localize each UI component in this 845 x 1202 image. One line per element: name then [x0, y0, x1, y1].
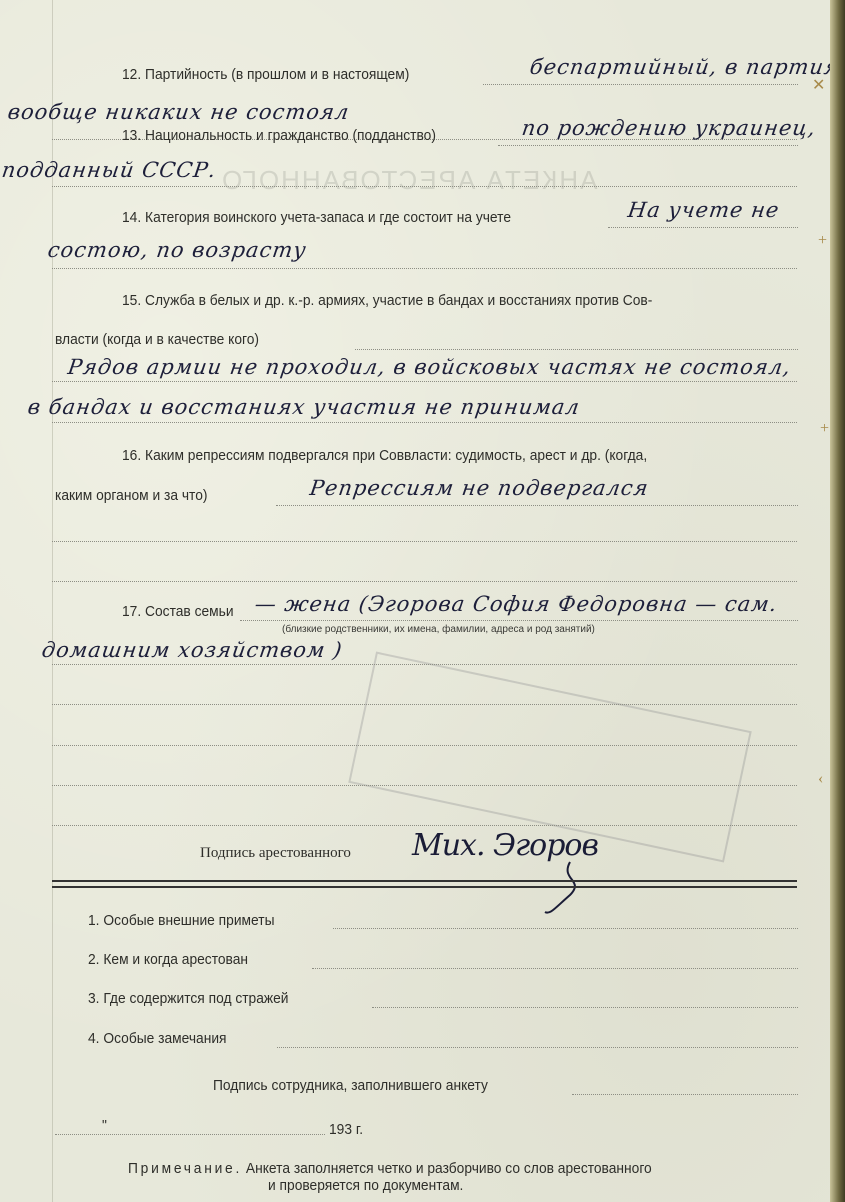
field-13-answer-1: по рождению украинец,	[520, 116, 817, 140]
field-12-label: 12. Партийность (в прошлом и в настоящем…	[122, 66, 409, 83]
margin-mark-icon: ‹	[818, 770, 823, 788]
field-15-line-2	[52, 381, 797, 382]
field-15-line	[355, 349, 798, 350]
field-17-line-6	[52, 825, 797, 826]
field-12-line	[483, 84, 798, 85]
section-divider-top	[52, 880, 797, 882]
field-17-answer-2: домашним хозяйством )	[40, 638, 344, 662]
margin-mark-icon: +	[820, 420, 829, 438]
field-12-answer-1: беспартийный, в партиях	[528, 55, 830, 79]
field-17-answer-1: — жена (Эгорова София Федоровна — сам.	[253, 592, 779, 616]
field-16-label: 16. Каким репрессиям подвергался при Сов…	[122, 447, 647, 464]
field-16-label-cont: каким органом и за что)	[55, 487, 207, 504]
date-quote-mark: "	[102, 1117, 107, 1134]
official-field-3-label: 3. Где содержится под стражей	[88, 990, 289, 1007]
official-field-1-label: 1. Особые внешние приметы	[88, 912, 274, 929]
field-14-line	[608, 227, 798, 228]
field-14-answer-2: состою, по возрасту	[46, 238, 308, 262]
arrested-signature: Мих. Эгоров	[412, 828, 598, 863]
official-field-4-label: 4. Особые замечания	[88, 1030, 227, 1047]
field-17-line-3	[52, 704, 797, 705]
field-14-answer-1: На учете не	[626, 198, 781, 222]
field-17-line	[240, 620, 798, 621]
field-14-line-2	[52, 268, 797, 269]
date-line	[55, 1134, 325, 1135]
field-17-line-5	[52, 785, 797, 786]
field-13-line-2	[52, 186, 797, 187]
official-field-4-line	[277, 1047, 798, 1048]
employee-signature-label: Подпись сотрудника, заполнившего анкету	[213, 1077, 488, 1094]
show-through-title: АНКЕТА АРЕСТОВАННОГО	[220, 165, 598, 196]
field-15-answer-1: Рядов армии не проходил, в войсковых час…	[66, 355, 792, 379]
employee-signature-line	[572, 1094, 798, 1095]
official-field-1-line	[333, 928, 798, 929]
field-16-line-2	[52, 541, 797, 542]
footnote-label: Примечание.	[128, 1160, 242, 1177]
footnote-line-2: и проверяется по документам.	[268, 1177, 463, 1194]
section-divider-bottom	[52, 886, 797, 888]
date-year-suffix: 193 г.	[329, 1121, 363, 1138]
field-17-line-4	[52, 745, 797, 746]
field-12-answer-2: вообще никаких не состоял	[6, 100, 351, 124]
arrested-signature-label: Подпись арестованного	[200, 845, 351, 862]
field-15-line-3	[52, 422, 797, 423]
official-field-2-label: 2. Кем и когда арестован	[88, 951, 248, 968]
footnote-text-1: Анкета заполняется четко и разборчиво со…	[246, 1160, 652, 1177]
field-13-answer-2: подданный СССР.	[0, 158, 218, 182]
field-17-label: 17. Состав семьи	[122, 603, 234, 620]
field-13-label: 13. Национальность и гражданство (поддан…	[122, 127, 436, 144]
field-14-label: 14. Категория воинского учета-запаса и г…	[122, 209, 511, 226]
field-15-answer-2: в бандах и восстаниях участия не принима…	[26, 395, 581, 419]
field-16-line	[276, 505, 798, 506]
official-field-2-line	[312, 968, 798, 969]
document-page: АНКЕТА АРЕСТОВАННОГО 12. Партийность (в …	[0, 0, 830, 1202]
footnote-line-1: Примечание. Анкета заполняется четко и р…	[128, 1160, 652, 1177]
field-17-line-2	[52, 664, 797, 665]
field-15-label: 15. Служба в белых и др. к.-р. армиях, у…	[122, 292, 652, 309]
margin-mark-icon: ✕	[812, 75, 825, 95]
signature-flourish-icon	[540, 860, 620, 920]
official-field-3-line	[372, 1007, 798, 1008]
binding-edge	[830, 0, 845, 1202]
margin-mark-icon: +	[818, 232, 827, 250]
field-16-answer-1: Репрессиям не подвергался	[308, 476, 650, 500]
field-15-label-cont: власти (когда и в качестве кого)	[55, 331, 259, 348]
field-17-hint: (близкие родственники, их имена, фамилии…	[282, 624, 595, 635]
field-16-line-3	[52, 581, 797, 582]
field-13-line	[498, 145, 798, 146]
